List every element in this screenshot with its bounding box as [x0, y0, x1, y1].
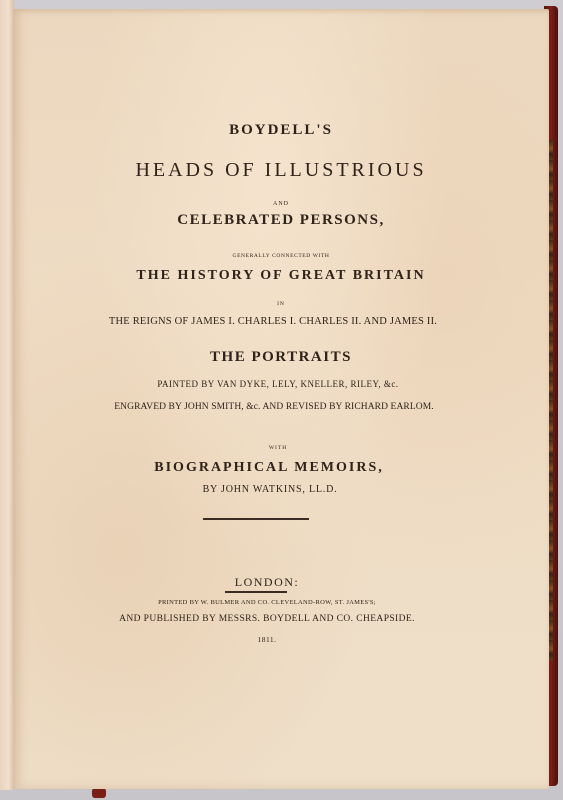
text-engraved-by: ENGRAVED BY JOHN SMITH, &c. AND REVISED … — [6, 402, 542, 412]
decorative-rule — [203, 518, 309, 520]
imprint-city: LONDON: — [0, 575, 535, 590]
subtitle-reigns: THE REIGNS OF JAMES I. CHARLES I. CHARLE… — [5, 316, 541, 327]
left-page-edge — [0, 0, 14, 790]
text-with: WITH — [10, 445, 546, 451]
cover-corner — [92, 788, 106, 798]
title-celebrated-persons: CELEBRATED PERSONS, — [13, 212, 549, 229]
imprint-publisher: AND PUBLISHED BY MESSRS. BOYDELL AND CO.… — [0, 614, 535, 624]
title-and: AND — [13, 201, 549, 207]
heading-biographical-memoirs: BIOGRAPHICAL MEMOIRS, — [1, 460, 537, 476]
title-page: BOYDELL'S HEADS OF ILLUSTRIOUS AND CELEB… — [13, 9, 549, 789]
subtitle-in: IN — [13, 301, 549, 307]
imprint-printer: PRINTED BY W. BULMER AND CO. CLEVELAND-R… — [0, 599, 535, 606]
text-painted-by: PAINTED BY VAN DYKE, LELY, KNELLER, RILE… — [10, 379, 546, 389]
title-boydells: BOYDELL'S — [13, 122, 549, 139]
imprint-year: 1811. — [0, 635, 535, 644]
subtitle-generally-connected: GENERALLY CONNECTED WITH — [13, 253, 549, 259]
heading-the-portraits: THE PORTRAITS — [13, 349, 549, 366]
subtitle-history-of-great-britain: THE HISTORY OF GREAT BRITAIN — [13, 268, 549, 284]
title-heads-of-illustrious: HEADS OF ILLUSTRIOUS — [13, 159, 549, 182]
imprint-rule — [225, 591, 287, 593]
text-by-john-watkins: BY JOHN WATKINS, LL.D. — [2, 484, 538, 495]
